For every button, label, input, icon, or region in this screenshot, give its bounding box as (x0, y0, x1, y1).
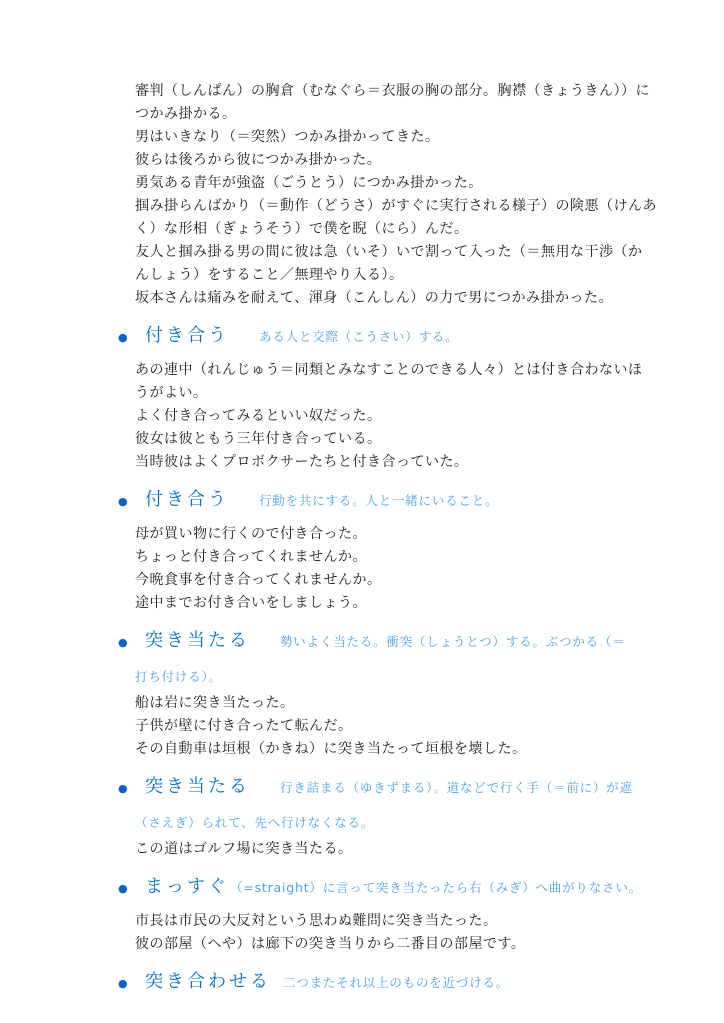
section-examples: この道はゴルフ場に突き当たる。 (135, 838, 668, 861)
intro-line: 彼らは後ろから彼につかみ掛かった。 (135, 149, 668, 172)
section-block: ● まっすぐ （=straight）に言って突き当たったら右（みぎ）へ曲がりなさ… (135, 874, 668, 956)
bullet-icon: ● (118, 630, 145, 656)
intro-line: 男はいきなり（＝突然）つかみ掛かってきた。 (135, 126, 668, 149)
bullet-icon: ● (118, 489, 145, 515)
document-content: 審判（しんぱん）の胸倉（むなぐら＝衣服の胸の部分。胸襟（きょうきん））につかみ掛… (0, 0, 724, 997)
intro-line: 坂本さんは痛みを耐えて、渾身（こんしん）の力で男につかみ掛かった。 (135, 287, 668, 310)
section-examples: あの連中（れんじゅう＝同類とみなすことのできる人々）とは付き合わないほうがよい。… (135, 359, 668, 474)
example-line: この道はゴルフ場に突き当たる。 (135, 838, 668, 861)
example-line: 彼の部屋（へや）は廊下の突き当りから二番目の部屋です。 (135, 933, 668, 956)
example-line: うがよい。 (135, 382, 668, 405)
section-examples: 母が買い物に行くので付き合った。ちょっと付き合ってくれませんか。今晩食事を付き合… (135, 523, 668, 615)
section-definition: 勢いよく当たる。衝突（しょうとつ）する。ぶつかる（＝ (280, 629, 626, 655)
example-line: 彼女は彼ともう三年付き合っている。 (135, 428, 668, 451)
section-block: ● 付き合う ある人と交際（こうさい）する。 あの連中（れんじゅう＝同類とみなす… (135, 323, 668, 474)
section-heading: ● 突き合わせる 二つまたそれ以上のものを近づける。 (135, 969, 668, 997)
bullet-icon: ● (118, 971, 145, 997)
example-line: 途中までお付き合いをしましょう。 (135, 592, 668, 615)
example-line: 船は岩に突き当たった。 (135, 692, 668, 715)
section-definition: 行動を共にする。人と一緒にいること。 (259, 488, 498, 514)
example-line: 今晩食事を付き合ってくれませんか。 (135, 569, 668, 592)
example-line: 市長は市民の大反対という思わぬ難問に突き当たった。 (135, 910, 668, 933)
section-term: まっすぐ (145, 874, 229, 900)
intro-line: く）な形相（ぎょうそう）で僕を睨（にら）んだ。 (135, 218, 668, 241)
section-block: ● 付き合う 行動を共にする。人と一緒にいること。 母が買い物に行くので付き合っ… (135, 487, 668, 615)
section-definition: ある人と交際（こうさい）する。 (259, 324, 459, 350)
example-line: よく付き合ってみるといい奴だった。 (135, 405, 668, 428)
section-block: ● 突き当たる 行き詰まる（ゆきずまる）。道などで行く手（＝前に）が遮 （さえぎ… (135, 774, 668, 861)
section-definition: 行き詰まる（ゆきずまる）。道などで行く手（＝前に）が遮 (280, 775, 633, 801)
example-line: 母が買い物に行くので付き合った。 (135, 523, 668, 546)
section-block: ● 突き合わせる 二つまたそれ以上のものを近づける。 (135, 969, 668, 997)
sections: ● 付き合う ある人と交際（こうさい）する。 あの連中（れんじゅう＝同類とみなす… (135, 323, 668, 997)
intro-line: 審判（しんぱん）の胸倉（むなぐら＝衣服の胸の部分。胸襟（きょうきん））に (135, 80, 668, 103)
example-line: 子供が壁に付き合ったて転んだ。 (135, 715, 668, 738)
bullet-icon: ● (118, 776, 145, 802)
section-examples: 船は岩に突き当たった。子供が壁に付き合ったて転んだ。その自動車は垣根（かきね）に… (135, 692, 668, 761)
intro-line: んしょう）をすること／無理やり入る）。 (135, 264, 668, 287)
intro-line: つかみ掛かる。 (135, 103, 668, 126)
section-heading: ● 突き当たる 行き詰まる（ゆきずまる）。道などで行く手（＝前に）が遮 (135, 774, 668, 802)
intro-line: 友人と掴み掛る男の間に彼は急（いそ）いで割って入った（＝無用な干渉（か (135, 241, 668, 264)
bullet-icon: ● (118, 325, 145, 351)
section-term: 付き合う (145, 487, 229, 513)
section-heading: ● まっすぐ （=straight）に言って突き当たったら右（みぎ）へ曲がりなさ… (135, 874, 668, 902)
section-term: 突き当たる (145, 774, 250, 800)
section-heading: ● 付き合う ある人と交際（こうさい）する。 (135, 323, 668, 351)
example-line: ちょっと付き合ってくれませんか。 (135, 546, 668, 569)
intro-line: 勇気ある青年が強盗（ごうとう）につかみ掛かった。 (135, 172, 668, 195)
section-term: 突き当たる (145, 628, 250, 654)
section-heading: ● 突き当たる 勢いよく当たる。衝突（しょうとつ）する。ぶつかる（＝ (135, 628, 668, 656)
intro-line: 掴み掛らんばかり（＝動作（どうさ）がすぐに実行される様子）の険悪（けんあ (135, 195, 668, 218)
section-heading: ● 付き合う 行動を共にする。人と一緒にいること。 (135, 487, 668, 515)
section-term: 付き合う (145, 323, 229, 349)
section-definition-continued: 打ち付ける）。 (135, 664, 668, 689)
section-block: ● 突き当たる 勢いよく当たる。衝突（しょうとつ）する。ぶつかる（＝ 打ち付ける… (135, 628, 668, 761)
document-page: 審判（しんぱん）の胸倉（むなぐら＝衣服の胸の部分。胸襟（きょうきん））につかみ掛… (0, 0, 724, 1023)
section-term: 突き合わせる (145, 969, 271, 995)
example-line: その自動車は垣根（かきね）に突き当たって垣根を壊した。 (135, 738, 668, 761)
section-definition: 二つまたそれ以上のものを近づける。 (283, 970, 509, 996)
example-line: あの連中（れんじゅう＝同類とみなすことのできる人々）とは付き合わないほ (135, 359, 668, 382)
intro-paragraph: 審判（しんぱん）の胸倉（むなぐら＝衣服の胸の部分。胸襟（きょうきん））につかみ掛… (135, 80, 668, 310)
example-line: 当時彼はよくプロボクサーたちと付き合っていた。 (135, 451, 668, 474)
section-examples: 市長は市民の大反対という思わぬ難問に突き当たった。彼の部屋（へや）は廊下の突き当… (135, 910, 668, 956)
section-definition-continued: （さえぎ）られて、先へ行けなくなる。 (135, 810, 668, 835)
bullet-icon: ● (118, 876, 145, 902)
section-definition: （=straight）に言って突き当たったら右（みぎ）へ曲がりなさい。 (230, 875, 642, 901)
